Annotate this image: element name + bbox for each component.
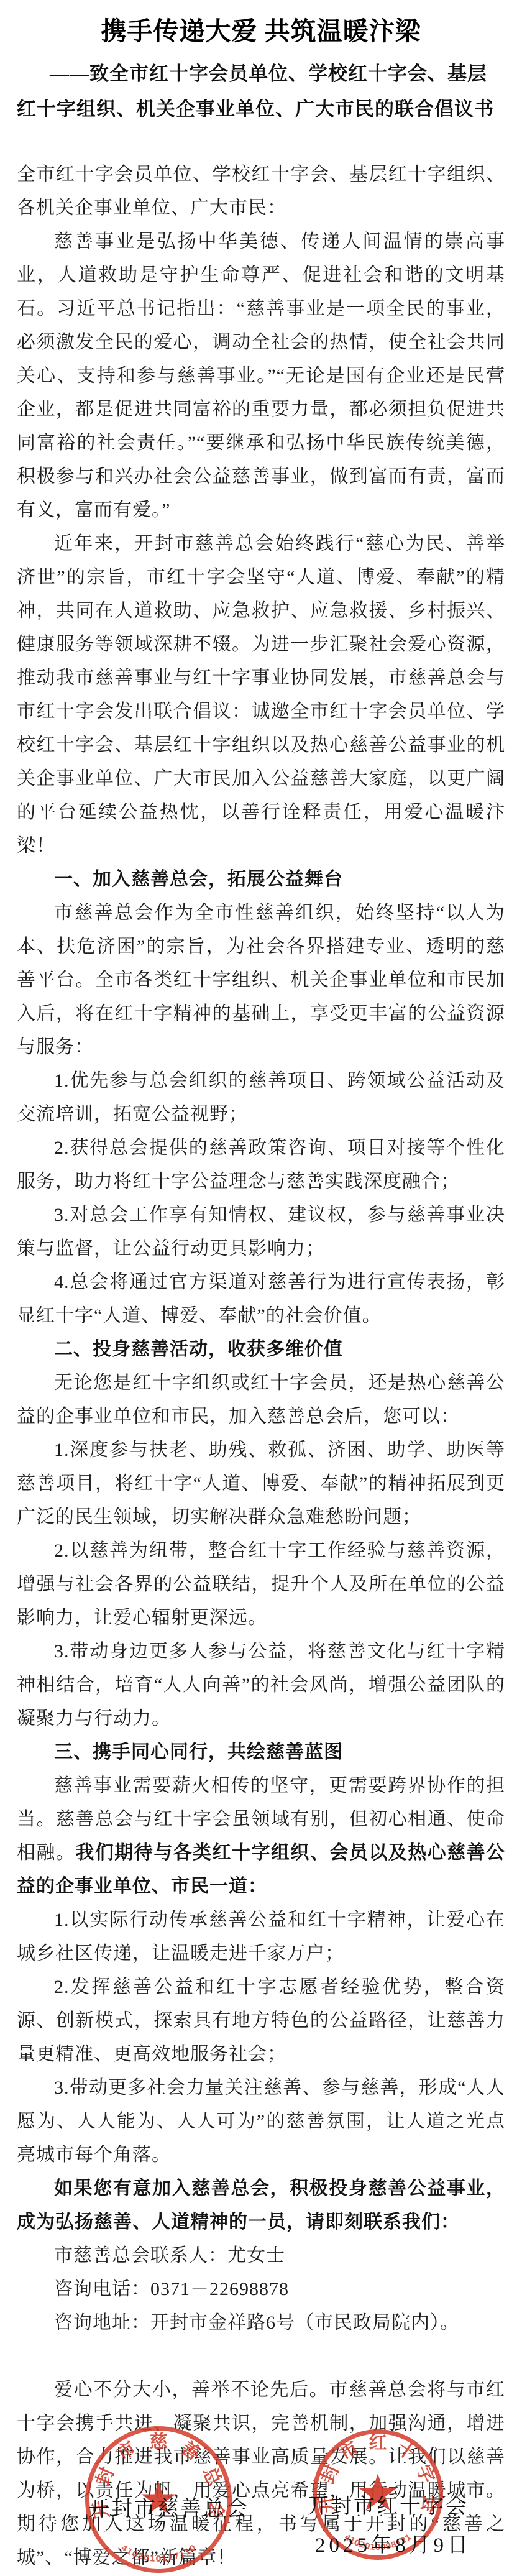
section-heading: 三、携手同心同行，共绘慈善蓝图	[17, 1736, 505, 1769]
seal-date: 2025年8月9日	[315, 2529, 472, 2558]
text-segment: 3.带动身边更多人参与公益，将慈善文化与红十字精神相结合，培育“人人向善”的社会…	[17, 1641, 505, 1729]
bold-text-segment: 一、加入慈善总会，拓展公益舞台	[54, 869, 343, 890]
document: 携手传递大爱 共筑温暖汴梁 ——致全市红十字会员单位、学校红十字会、基层红十字组…	[0, 0, 522, 2575]
text-segment: 全市红十字会员单位、学校红十字会、基层红十字组织、各机关企事业单位、广大市民：	[17, 164, 505, 218]
paragraph: 2.发挥慈善公益和红十字志愿者经验优势，整合资源、创新模式，探索具有地方特色的公…	[17, 1971, 505, 2071]
text-segment: 1.深度参与扶老、助残、救孤、济困、助学、助医等慈善项目，将红十字“人道、博爱、…	[17, 1440, 505, 1527]
paragraph: 3.带动身边更多人参与公益，将慈善文化与红十字精神相结合，培育“人人向善”的社会…	[17, 1635, 505, 1736]
bold-text-segment: 二、投身慈善活动，收获多维价值	[54, 1339, 343, 1359]
text-segment: 无论您是红十字组织或红十字会员，还是热心慈善公益的企事业单位和市民，加入慈善总会…	[17, 1373, 505, 1427]
text-segment: 4.总会将通过官方渠道对慈善行为进行宣传表扬，彰显红十字“人道、博爱、奉献”的社…	[17, 1272, 505, 1326]
paragraph: 无论您是红十字组织或红十字会员，还是热心慈善公益的企事业单位和市民，加入慈善总会…	[17, 1366, 505, 1433]
text-segment: 3.带动更多社会力量关注慈善、参与慈善，形成“人人愿为、人人能为、人人可为”的慈…	[17, 2077, 505, 2165]
text-segment: 2.发挥慈善公益和红十字志愿者经验优势，整合资源、创新模式，探索具有地方特色的公…	[17, 1977, 505, 2064]
text-segment: 2.以慈善为纽带，整合红十字工作经验与慈善资源，增强与社会各界的公益联结，提升个…	[17, 1540, 505, 1628]
seal-arc-char: 红	[367, 2432, 388, 2454]
paragraph: 1.深度参与扶老、助残、救孤、济困、助学、助医等慈善项目，将红十字“人道、博爱、…	[17, 1433, 505, 1534]
paragraph: 4.总会将通过官方渠道对慈善行为进行宣传表扬，彰显红十字“人道、博爱、奉献”的社…	[17, 1266, 505, 1333]
paragraph: 市慈善总会作为全市性慈善组织，始终坚持“以人为本、扶危济困”的宗旨，为社会各界搭…	[17, 896, 505, 1064]
paragraph: 咨询地址：开封市金祥路6号（市民政局院内）。	[17, 2306, 505, 2340]
text-segment: 近年来，开封市慈善总会始终践行“慈心为民、善举济世”的宗旨，市红十字会坚守“人道…	[17, 533, 505, 856]
section-heading: 二、投身慈善活动，收获多维价值	[17, 1333, 505, 1366]
paragraph: 3.带动更多社会力量关注慈善、参与慈善，形成“人人愿为、人人能为、人人可为”的慈…	[17, 2071, 505, 2172]
paragraph: 1.以实际行动传承慈善公益和红十字精神，让爱心在城乡社区传递，让温暖走进千家万户…	[17, 1903, 505, 1971]
paragraph: 1.优先参与总会组织的慈善项目、跨领域公益活动及交流培训，拓宽公益视野；	[17, 1064, 505, 1131]
paragraph	[17, 2340, 505, 2373]
seal-arc-char: 慈	[148, 2431, 169, 2452]
text-segment: 咨询地址：开封市金祥路6号（市民政局院内）。	[54, 2312, 459, 2333]
paragraph: 近年来，开封市慈善总会始终践行“慈心为民、善举济世”的宗旨，市红十字会坚守“人道…	[17, 527, 505, 863]
text-segment: 1.以实际行动传承慈善公益和红十字精神，让爱心在城乡社区传递，让温暖走进千家万户…	[17, 1910, 505, 1964]
text-segment: 市慈善总会作为全市性慈善组织，始终坚持“以人为本、扶危济困”的宗旨，为社会各界搭…	[17, 903, 505, 1057]
text-segment: 1.优先参与总会组织的慈善项目、跨领域公益活动及交流培训，拓宽公益视野；	[17, 1070, 505, 1125]
paragraph: 2.以慈善为纽带，整合红十字工作经验与慈善资源，增强与社会各界的公益联结，提升个…	[17, 1534, 505, 1635]
text-segment: 咨询电话：0371－22698878	[54, 2279, 289, 2299]
seal-overlay-name: 开封市慈善总会	[88, 2491, 249, 2522]
document-title: 携手传递大爱 共筑温暖汴梁	[17, 14, 505, 48]
bold-text-segment: 三、携手同心同行，共绘慈善蓝图	[54, 1742, 343, 1762]
paragraph: 3.对总会工作享有知情权、建议权，参与慈善事业决策与监督，让公益行动更具影响力；	[17, 1198, 505, 1266]
paragraph: 慈善事业需要薪火相传的坚守，更需要跨界协作的担当。慈善总会与红十字会虽领域有别，…	[17, 1769, 505, 1903]
section-heading: 一、加入慈善总会，拓展公益舞台	[17, 863, 505, 896]
paragraph: 咨询电话：0371－22698878	[17, 2273, 505, 2306]
seal-overlay-name: 开封市红十字会	[308, 2489, 469, 2519]
paragraph: 慈善事业是弘扬中华美德、传递人间温情的崇高事业，人道救助是守护生命尊严、促进社会…	[17, 225, 505, 527]
document-body: 全市红十字会员单位、学校红十字会、基层红十字组织、各机关企事业单位、广大市民：慈…	[17, 158, 505, 2575]
paragraph: 市慈善总会联系人：尤女士	[17, 2239, 505, 2273]
bold-text-segment: 我们期待与各类红十字组织、会员以及热心慈善公益的企事业单位、市民一道：	[17, 1842, 505, 1897]
paragraph: 2.获得总会提供的慈善政策咨询、项目对接等个性化服务，助力将红十字公益理念与慈善…	[17, 1131, 505, 1198]
document-page: { "colors": { "seal_red": "#d23b2a", "te…	[0, 0, 522, 2576]
text-segment: 2.获得总会提供的慈善政策咨询、项目对接等个性化服务，助力将红十字公益理念与慈善…	[17, 1138, 505, 1192]
text-segment: 市慈善总会联系人：尤女士	[54, 2245, 285, 2266]
bold-text-segment: 如果您有意加入慈善总会，积极投身慈善公益事业，成为弘扬慈善、人道精神的一员，请即…	[17, 2178, 505, 2232]
paragraph: 如果您有意加入慈善总会，积极投身慈善公益事业，成为弘扬慈善、人道精神的一员，请即…	[17, 2172, 505, 2239]
text-segment: 慈善事业是弘扬中华美德、传递人间温情的崇高事业，人道救助是守护生命尊严、促进社会…	[17, 231, 505, 520]
document-subtitle: ——致全市红十字会员单位、学校红十字会、基层红十字组织、机关企事业单位、广大市民…	[17, 56, 505, 127]
paragraph: 全市红十字会员单位、学校红十字会、基层红十字组织、各机关企事业单位、广大市民：	[17, 158, 505, 225]
text-segment: 3.对总会工作享有知情权、建议权，参与慈善事业决策与监督，让公益行动更具影响力；	[17, 1205, 505, 1259]
